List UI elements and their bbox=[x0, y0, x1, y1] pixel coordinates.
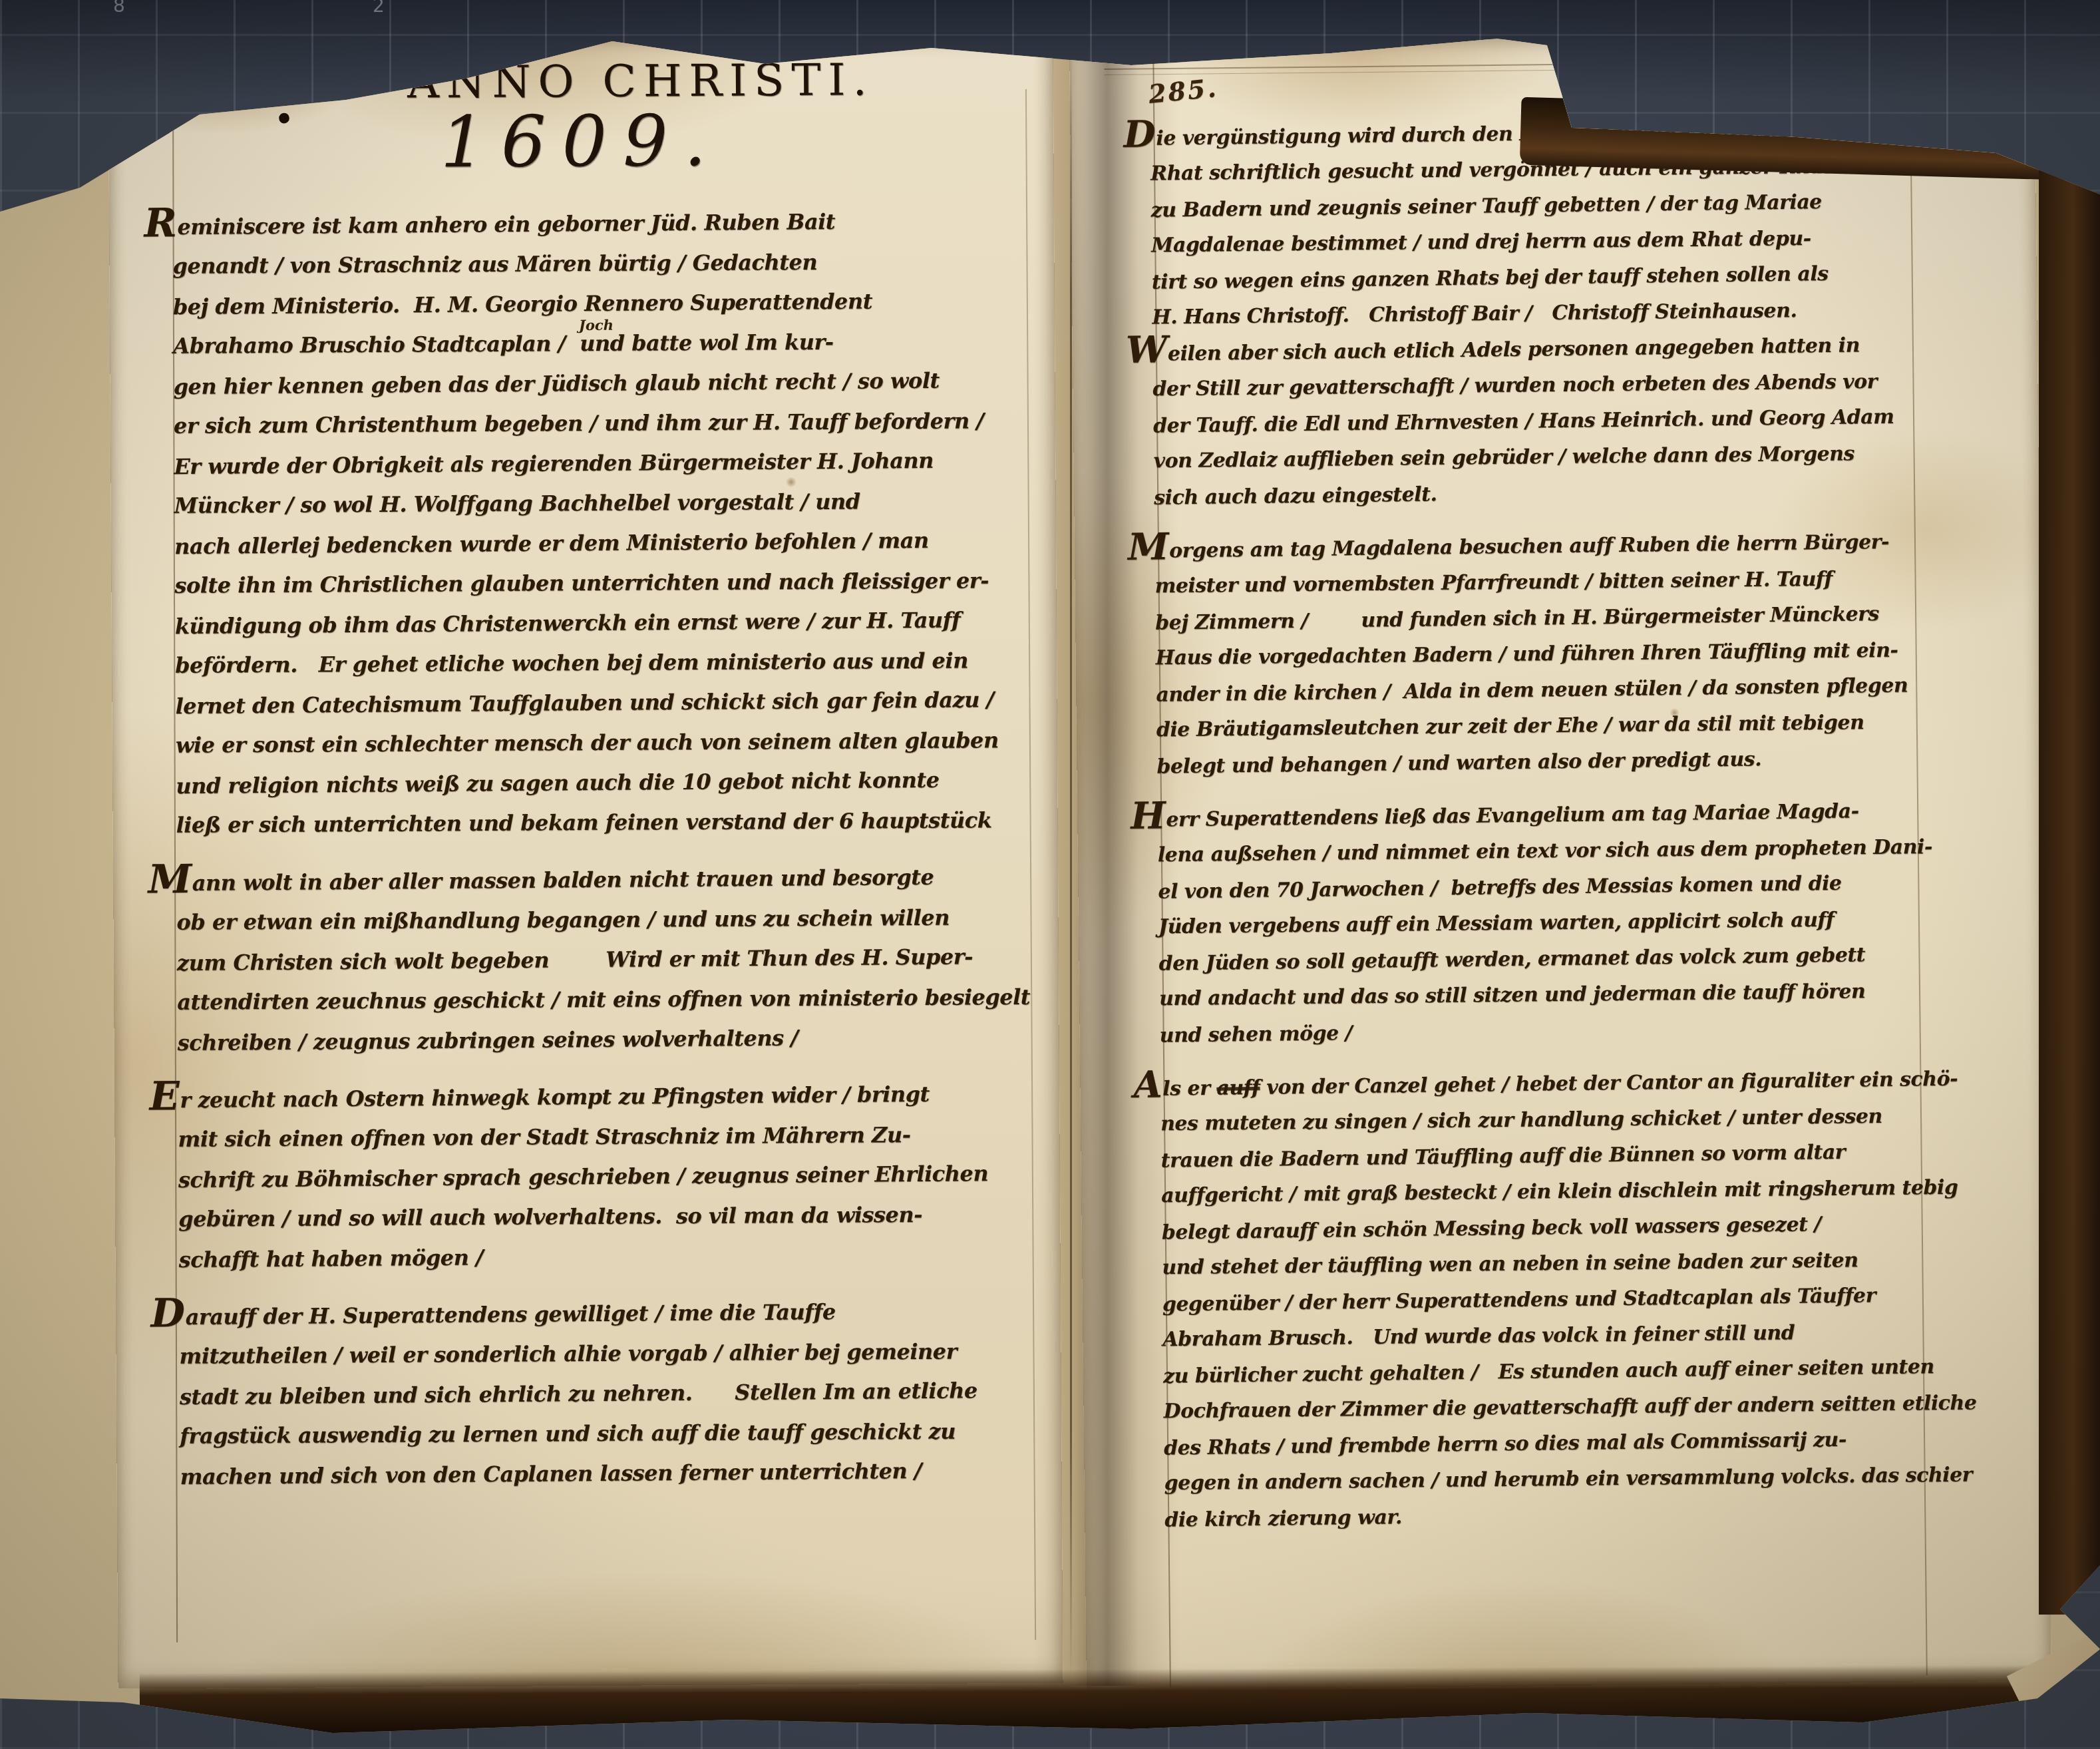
paragraph: Reminiscere ist kam anhero ein geborner … bbox=[172, 201, 1045, 845]
manuscript-line: Müncker / so wol H. Wolffgang Bachhelbel… bbox=[174, 481, 1043, 526]
ruler-mark: 8 bbox=[113, 0, 125, 17]
manuscript-line: solte ihn im Christlichen glauben unterr… bbox=[174, 560, 1043, 606]
manuscript-line: fragstück auswendig zu lernen und sich a… bbox=[180, 1411, 1048, 1456]
manuscript-line: Abrahamo Bruschio Stadtcaplan / und batt… bbox=[173, 321, 1041, 366]
manuscript-line: Er wurde der Obrigkeit als regierenden B… bbox=[174, 439, 1042, 486]
leather-binding-edge-bottom bbox=[140, 1665, 2056, 1737]
margin-rule-line bbox=[1104, 59, 2004, 70]
manuscript-line: gebüren / und so will auch wolverhaltens… bbox=[178, 1194, 1047, 1239]
manuscript-line: schreiben / zeugnus zubringen seines wol… bbox=[177, 1016, 1045, 1063]
year-numeral: 1609. bbox=[235, 102, 1047, 181]
manuscript-line: schafft hat haben mögen / bbox=[178, 1233, 1047, 1280]
manuscript-line: mitzutheilen / weil er sonderlich alhie … bbox=[179, 1331, 1047, 1376]
right-page-text: Die vergünstigung wird durch den Ruben b… bbox=[1150, 111, 2039, 1538]
paragraph: Er zeucht nach Ostern hinwegk kompt zu P… bbox=[178, 1074, 1047, 1279]
manuscript-line: Reminiscere ist kam anhero ein geborner … bbox=[172, 200, 1041, 247]
manuscript-line: Darauff der H. Superattendens gewilliget… bbox=[179, 1290, 1047, 1337]
left-page-text: Reminiscere ist kam anhero ein geborner … bbox=[172, 201, 1049, 1496]
manuscript-line: befördern. Er gehet etliche wochen bej d… bbox=[175, 640, 1043, 685]
manuscript-line: machen und sich von den Caplanen lassen … bbox=[180, 1450, 1048, 1497]
right-page: 285. Die vergünstigung wird durch den Ru… bbox=[1069, 33, 2051, 1690]
manuscript-line: gen hier kennen geben das der Jüdisch gl… bbox=[173, 359, 1041, 407]
paragraph: Als er auff von der Canzel gehet / hebet… bbox=[1160, 1062, 2039, 1538]
manuscript-line: lernet den Catechismum Tauffglauben und … bbox=[175, 679, 1043, 726]
photograph-scene: 8 2 • ANNO CHRISTI. 1609. Joch Reminisce… bbox=[0, 0, 2100, 1749]
manuscript-line: Er zeucht nach Ostern hinwegk kompt zu P… bbox=[178, 1073, 1046, 1120]
left-page: • ANNO CHRISTI. 1609. Joch Reminiscere i… bbox=[108, 36, 1063, 1689]
gutter-fold-line bbox=[1070, 47, 1072, 1677]
open-manuscript-book: • ANNO CHRISTI. 1609. Joch Reminiscere i… bbox=[0, 0, 2100, 1749]
manuscript-line: genandt / von Straschniz aus Mären bürti… bbox=[172, 241, 1041, 286]
torn-edge-shadow bbox=[0, 0, 2100, 31]
paragraph: Mann wolt in aber aller massen balden ni… bbox=[176, 857, 1046, 1062]
manuscript-line: wie er sonst ein schlechter mensch der a… bbox=[176, 720, 1044, 765]
manuscript-line: mit sich einen offnen von der Stadt Stra… bbox=[178, 1114, 1046, 1159]
paragraph: Morgens am tag Magdalena besuchen auff R… bbox=[1154, 524, 2032, 785]
ruler-mark: 2 bbox=[373, 0, 385, 17]
manuscript-line: ließ er sich unterrichten und bekam fein… bbox=[176, 800, 1044, 845]
manuscript-line: zum Christen sich wolt begeben Wird er m… bbox=[177, 936, 1045, 983]
manuscript-line: bej dem Ministerio. H. M. Georgio Renner… bbox=[173, 280, 1041, 327]
year-heading: • ANNO CHRISTI. 1609. bbox=[235, 53, 1047, 181]
leather-binding-edge-right bbox=[2039, 157, 2100, 1615]
paragraph: Weilen aber sich auch etlich Adels perso… bbox=[1152, 327, 2029, 516]
manuscript-line: nach allerlej bedencken wurde er dem Min… bbox=[174, 519, 1043, 566]
heading-bullet: • bbox=[273, 102, 295, 138]
manuscript-line: ob er etwan ein mißhandlung begangen / u… bbox=[176, 897, 1045, 942]
manuscript-line: Mann wolt in aber aller massen balden ni… bbox=[176, 856, 1045, 903]
manuscript-line: er sich zum Christenthum begeben / und i… bbox=[174, 401, 1042, 446]
paragraph: Herr Superattendens ließ das Evangelium … bbox=[1157, 793, 2035, 1054]
manuscript-line: schrift zu Böhmischer sprach geschrieben… bbox=[178, 1153, 1047, 1200]
manuscript-line: und religion nichts weiß zu sagen auch d… bbox=[176, 759, 1044, 806]
manuscript-line: stadt zu bleiben und sich ehrlich zu neh… bbox=[180, 1370, 1048, 1417]
manuscript-line: kündigung ob ihm das Christenwerckh ein … bbox=[175, 599, 1043, 646]
manuscript-line: attendirten zeuchnus geschickt / mit ein… bbox=[177, 977, 1045, 1022]
page-number: 285. bbox=[1147, 73, 1219, 109]
paragraph: Darauff der H. Superattendens gewilliget… bbox=[179, 1291, 1049, 1496]
